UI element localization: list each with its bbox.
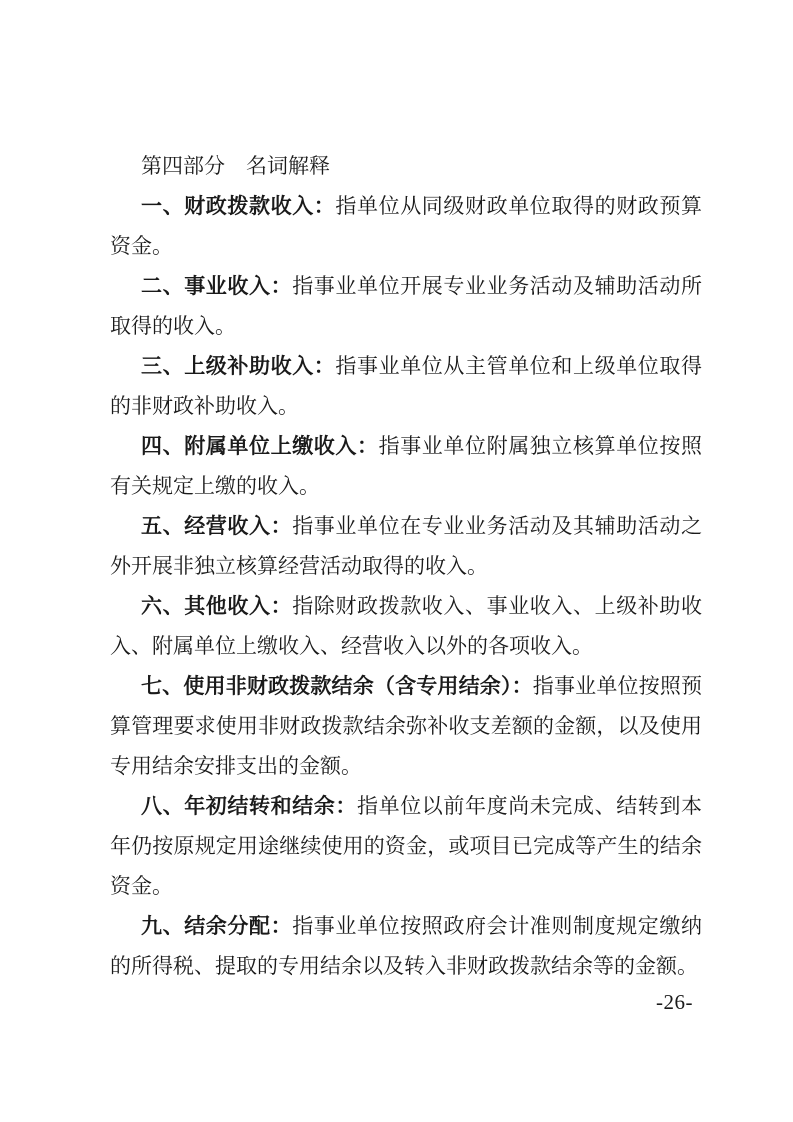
term-name: 五、经营收入： bbox=[141, 514, 292, 538]
term-name: 四、附属单位上缴收入： bbox=[141, 434, 379, 458]
term-paragraph: 六、其他收入：指除财政拨款收入、事业收入、上级补助收入、附属单位上缴收入、经营收… bbox=[110, 586, 702, 666]
term-name: 九、结余分配： bbox=[141, 914, 292, 938]
term-paragraph: 七、使用非财政拨款结余（含专用结余）：指事业单位按照预算管理要求使用非财政拨款结… bbox=[110, 666, 702, 786]
term-paragraph: 二、事业收入：指事业单位开展专业业务活动及辅助活动所取得的收入。 bbox=[110, 266, 702, 346]
document-body: 第四部分 名词解释 一、财政拨款收入：指单位从同级财政单位取得的财政预算资金。 … bbox=[110, 146, 702, 986]
term-name: 八、年初结转和结余： bbox=[141, 794, 357, 818]
term-name: 三、上级补助收入： bbox=[141, 354, 335, 378]
term-paragraph: 三、上级补助收入：指事业单位从主管单位和上级单位取得的非财政补助收入。 bbox=[110, 346, 702, 426]
term-name: 六、其他收入： bbox=[141, 594, 292, 618]
term-name: 七、使用非财政拨款结余（含专用结余）： bbox=[141, 674, 533, 698]
term-name: 二、事业收入： bbox=[141, 274, 292, 298]
section-heading: 第四部分 名词解释 bbox=[110, 146, 702, 186]
term-paragraph: 八、年初结转和结余：指单位以前年度尚未完成、结转到本年仍按原规定用途继续使用的资… bbox=[110, 786, 702, 906]
term-name: 一、财政拨款收入： bbox=[141, 194, 335, 218]
term-paragraph: 一、财政拨款收入：指单位从同级财政单位取得的财政预算资金。 bbox=[110, 186, 702, 266]
term-paragraph: 九、结余分配：指事业单位按照政府会计准则制度规定缴纳的所得税、提取的专用结余以及… bbox=[110, 906, 702, 986]
document-page: 第四部分 名词解释 一、财政拨款收入：指单位从同级财政单位取得的财政预算资金。 … bbox=[0, 0, 793, 1122]
terms-list: 一、财政拨款收入：指单位从同级财政单位取得的财政预算资金。 二、事业收入：指事业… bbox=[110, 186, 702, 986]
term-paragraph: 四、附属单位上缴收入：指事业单位附属独立核算单位按照有关规定上缴的收入。 bbox=[110, 426, 702, 506]
term-paragraph: 五、经营收入：指事业单位在专业业务活动及其辅助活动之外开展非独立核算经营活动取得… bbox=[110, 506, 702, 586]
page-number: -26- bbox=[656, 991, 693, 1013]
